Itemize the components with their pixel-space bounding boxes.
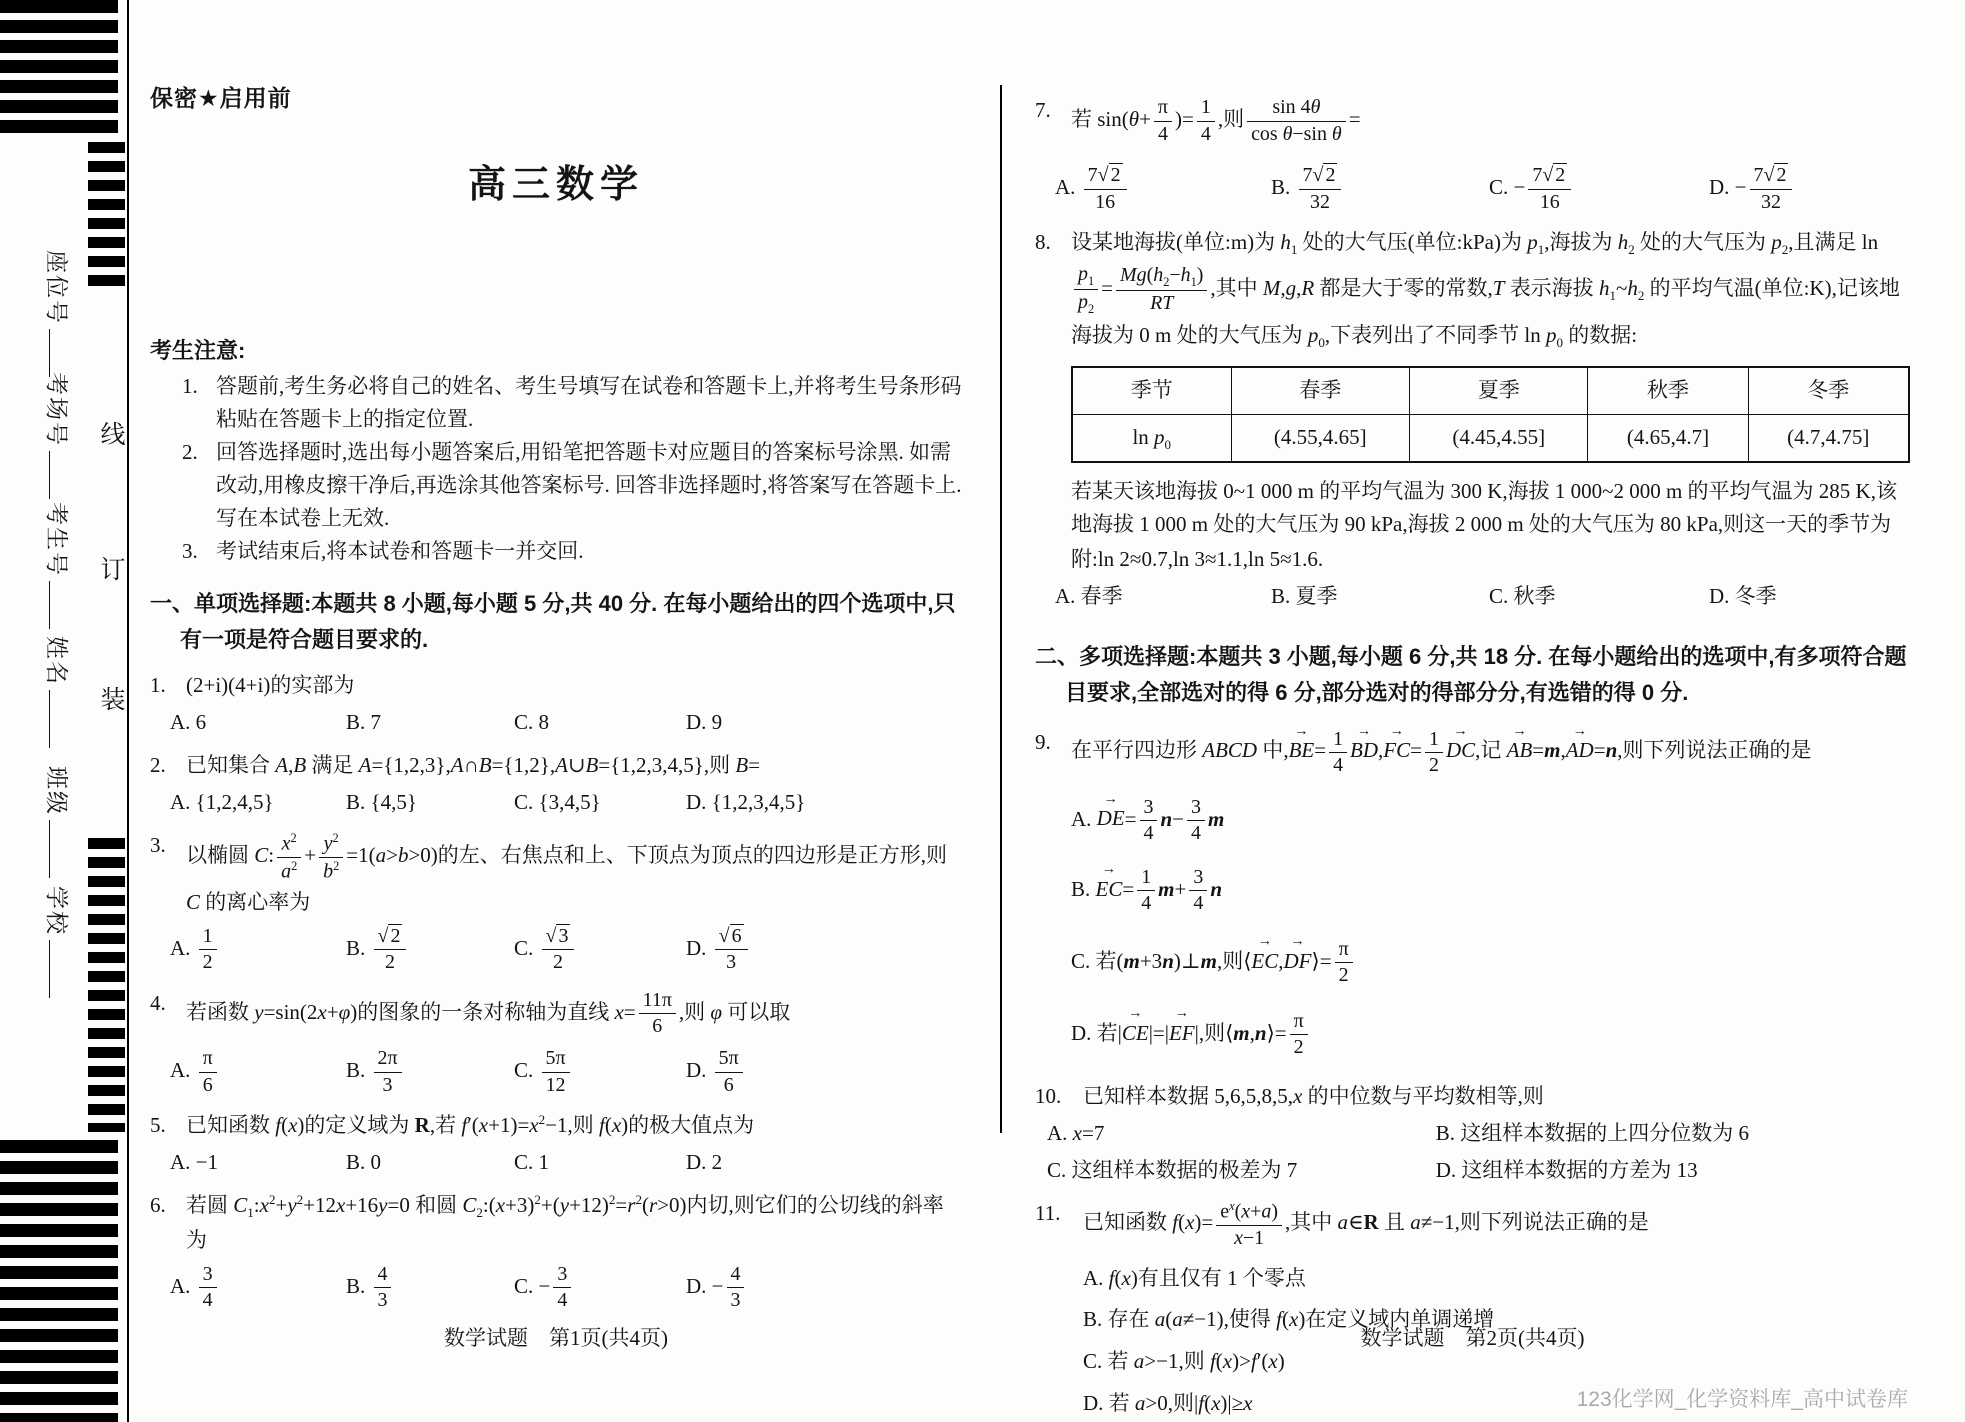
options-row: A. 7√216 B. 7√232 C. −7√216 D. −7√232 [1055,162,1910,216]
seal-field-exam-room: 考场号 [38,372,74,499]
option-b: B. 2π3 [346,1045,514,1099]
notice-list: 1. 答题前,考生务必将自己的姓名、考生号填写在试卷和答题卡上,并将考生号条形码… [150,370,962,568]
option-a: A. π6 [170,1045,346,1099]
question-3: 3. 以椭圆 C:x2a2+y2b2=1(a>b>0)的左、右焦点和上、下顶点为… [150,829,962,977]
option-b: B. 7√232 [1271,162,1489,216]
options-row: A. 34 B. 43 C. −34 D. −43 [170,1261,962,1315]
question-continuation: 若某天该地海拔 0~1 000 m 的平均气温为 300 K,海拔 1 000~… [1071,475,1910,541]
notice-heading: 考生注意: [150,334,962,369]
question-stem: 已知函数 f(x)的定义域为 R,若 f′(x+1)=x2−1,则 f(x)的极… [186,1113,754,1137]
question-stem: 设某地海拔(单位:m)为 h1 处的大气压(单位:kPa)为 p1,海拔为 h2… [1071,230,1900,347]
table-cell: (4.55,4.65] [1231,414,1409,462]
option-c: C. 秋季 [1489,580,1709,613]
question-number: 11. [1035,1197,1060,1230]
option-c: C. 8 [514,706,686,739]
table-header-cell: 春季 [1231,367,1409,415]
question-stem: 以椭圆 C:x2a2+y2b2=1(a>b>0)的左、右焦点和上、下顶点为顶点的… [186,843,947,914]
option-b: B. 这组样本数据的上四分位数为 6 [1436,1117,1910,1150]
question-number: 6. [150,1189,166,1222]
question-1: 1. (2+i)(4+i)的实部为 A. 6 B. 7 C. 8 D. 9 [150,669,962,739]
question-stem: (2+i)(4+i)的实部为 [186,673,354,697]
option-b: B. 0 [346,1146,514,1179]
question-7: 7. 若 sin(θ+π4)=14,则sin 4θcos θ−sin θ= A.… [1035,94,1910,216]
page-footer-right: 数学试题 第2页(共4页) [1035,1322,1910,1355]
binding-char-bind: 装 [99,681,127,720]
fill-in-blank-line [49,329,73,377]
notice-item-number: 1. [182,370,198,403]
watermark: 123化学网_化学资料库_高中试卷库 [1577,1384,1908,1417]
notice-item-text: 回答选择题时,选出每小题答案后,用铅笔把答题卡对应题目的答案标号涂黑. 如需改动… [216,440,962,530]
option-b: B. 43 [346,1261,514,1315]
question-6: 6. 若圆 C1:x2+y2+12x+16y=0 和圆 C2:(x+3)2+(y… [150,1189,962,1315]
options-row: A. 12 B. √22 C. √32 D. √63 [170,923,962,977]
fill-in-blank-line [49,581,73,629]
option-d: D. 5π6 [686,1045,962,1099]
pressure-table: 季节 春季 夏季 秋季 冬季 ln p0 (4.55,4.65] (4.45,4… [1071,366,1910,464]
seal-vertical-rule [127,0,129,1422]
option-c: C. 5π12 [514,1045,686,1099]
question-number: 2. [150,749,166,782]
classification-label: 保密★启用前 [150,80,962,116]
section-2-heading: 二、多项选择题:本题共 3 小题,每小题 6 分,共 18 分. 在每小题给出的… [1035,639,1910,712]
notice-item: 1. 答题前,考生务必将自己的姓名、考生号填写在试卷和答题卡上,并将考生号条形码… [182,370,962,436]
option-a: A. 34 [170,1261,346,1315]
question-10: 10. 已知样本数据 5,6,5,8,5,x 的中位数与平均数相等,则 A. x… [1035,1080,1910,1187]
question-stem: 已知函数 f(x)=ex(x+a)x−1,其中 a∈R 且 a≠−1,则下列说法… [1083,1210,1649,1234]
barcode-strip-middle [88,838,125,1132]
seal-field-label: 座位号 [44,250,69,325]
option-a: A. 12 [170,923,346,977]
option-c: C. 这组样本数据的极差为 7 [1047,1154,1436,1187]
options-grid: A. x=7 B. 这组样本数据的上四分位数为 6 C. 这组样本数据的极差为 … [1047,1117,1910,1187]
question-number: 7. [1035,94,1051,127]
options-row: A. π6 B. 2π3 C. 5π12 D. 5π6 [170,1045,962,1099]
question-stem: 在平行四边形 ABCD 中,→BE=14→BD,→FC=12→DC,记 →AB=… [1071,738,1812,762]
option-b: B. {4,5} [346,786,514,819]
question-stem: 已知样本数据 5,6,5,8,5,x 的中位数与平均数相等,则 [1083,1084,1544,1108]
seal-field-name: 姓名 [38,636,74,748]
option-d: D. 这组样本数据的方差为 13 [1436,1154,1910,1187]
table-header-row: 季节 春季 夏季 秋季 冬季 [1072,367,1909,415]
column-divider [1000,85,1002,1133]
question-8: 8. 设某地海拔(单位:m)为 h1 处的大气压(单位:kPa)为 p1,海拔为… [1035,226,1910,613]
option-d: D. 若|→CE|=|→EF|,则⟨m,n⟩=π2 [1071,1008,1910,1062]
section-1-heading: 一、单项选择题:本题共 8 小题,每小题 5 分,共 40 分. 在每小题给出的… [150,586,962,659]
options-row: A. {1,2,4,5} B. {4,5} C. {3,4,5} D. {1,2… [170,786,962,819]
seal-field-school: 学校 [38,886,74,998]
binding-char-line: 线 [99,416,127,455]
option-a: A. f(x)有且仅有 1 个零点 [1083,1262,1910,1295]
option-b: B. →EC=14m+34n [1071,864,1910,918]
option-d: D. √63 [686,923,962,977]
seal-field-label: 学校 [44,886,69,936]
option-c: C. 1 [514,1146,686,1179]
option-a: A. 7√216 [1055,162,1271,216]
question-2: 2. 已知集合 A,B 满足 A={1,2,3},A∩B={1,2},A∪B={… [150,749,962,819]
seal-field-label: 姓名 [44,636,69,686]
page-2-column: 7. 若 sin(θ+π4)=14,则sin 4θcos θ−sin θ= A.… [1035,80,1910,1422]
barcode-block-top [0,0,118,138]
option-b: B. 夏季 [1271,580,1489,613]
notice-item: 2. 回答选择题时,选出每小题答案后,用铅笔把答题卡对应题目的答案标号涂黑. 如… [182,436,962,535]
question-stem: 已知集合 A,B 满足 A={1,2,3},A∩B={1,2},A∪B={1,2… [186,753,760,777]
table-header-cell: 冬季 [1748,367,1909,415]
option-a: A. 春季 [1055,580,1271,613]
options-list: A. →DE=34n−34m B. →EC=14m+34n C. 若(m+3n)… [1071,794,1910,1062]
question-number: 5. [150,1109,166,1142]
question-number: 3. [150,829,166,862]
question-number: 10. [1035,1080,1061,1113]
notice-item-text: 考试结束后,将本试卷和答题卡一并交回. [216,539,584,563]
table-header-cell: 季节 [1072,367,1231,415]
notice-item: 3. 考试结束后,将本试卷和答题卡一并交回. [182,535,962,568]
seal-field-candidate-number: 考生号 [38,502,74,629]
table-header-cell: 夏季 [1410,367,1588,415]
page-footer-left: 数学试题 第1页(共4页) [150,1322,962,1355]
seal-field-class: 班级 [38,766,74,878]
options-row: A. 春季 B. 夏季 C. 秋季 D. 冬季 [1055,580,1910,613]
paper-title: 高三数学 [150,156,962,216]
option-d: D. 冬季 [1709,580,1910,613]
options-row: A. −1 B. 0 C. 1 D. 2 [170,1146,962,1179]
table-cell: (4.45,4.55] [1410,414,1588,462]
notice-item-number: 2. [182,436,198,469]
table-row-label: ln p0 [1072,414,1231,462]
question-stem: 若函数 y=sin(2x+φ)的图象的一条对称轴为直线 x=11π6,则 φ 可… [186,1000,790,1024]
option-d: D. {1,2,3,4,5} [686,786,962,819]
option-d: D. 9 [686,706,962,739]
option-a: A. x=7 [1047,1117,1436,1150]
option-a: A. 6 [170,706,346,739]
question-number: 8. [1035,226,1051,259]
question-9: 9. 在平行四边形 ABCD 中,→BE=14→BD,→FC=12→DC,记 →… [1035,726,1910,1062]
option-d: D. 2 [686,1146,962,1179]
barcode-block-bottom [0,1140,118,1422]
table-cell: (4.7,4.75] [1748,414,1909,462]
question-5: 5. 已知函数 f(x)的定义域为 R,若 f′(x+1)=x2−1,则 f(x… [150,1109,962,1179]
question-note: 附:ln 2≈0.7,ln 3≈1.1,ln 5≈1.6. [1071,543,1910,576]
option-c: C. {3,4,5} [514,786,686,819]
barcode-strip-upper [88,142,125,290]
option-c: C. −34 [514,1261,686,1315]
option-b: B. 7 [346,706,514,739]
seal-field-label: 考生号 [44,502,69,577]
option-c: C. √32 [514,923,686,977]
option-a: A. −1 [170,1146,346,1179]
notice-item-number: 3. [182,535,198,568]
fill-in-blank-line [49,820,73,878]
option-b: B. √22 [346,923,514,977]
fill-in-blank-line [49,940,73,998]
option-c: C. −7√216 [1489,162,1709,216]
fill-in-blank-line [49,451,73,499]
option-a: A. →DE=34n−34m [1071,794,1910,848]
fill-in-blank-line [49,690,73,748]
question-number: 4. [150,987,166,1020]
seal-field-label: 考场号 [44,372,69,447]
question-number: 9. [1035,726,1051,759]
notice-item-text: 答题前,考生务必将自己的姓名、考生号填写在试卷和答题卡上,并将考生号条形码粘贴在… [216,374,962,431]
option-c: C. 若(m+3n)⊥m,则⟨→EC,→DF⟩=π2 [1071,936,1910,990]
option-d: D. −7√232 [1709,162,1910,216]
table-data-row: ln p0 (4.55,4.65] (4.45,4.55] (4.65,4.7]… [1072,414,1909,462]
page-1-column: 保密★启用前 高三数学 考生注意: 1. 答题前,考生务必将自己的姓名、考生号填… [150,80,962,1325]
binding-char-staple: 订 [99,551,127,590]
question-number: 1. [150,669,166,702]
table-cell: (4.65,4.7] [1588,414,1748,462]
table-header-cell: 秋季 [1588,367,1748,415]
option-a: A. {1,2,4,5} [170,786,346,819]
options-row: A. 6 B. 7 C. 8 D. 9 [170,706,962,739]
option-d: D. −43 [686,1261,962,1315]
question-stem: 若 sin(θ+π4)=14,则sin 4θcos θ−sin θ= [1071,107,1361,131]
question-4: 4. 若函数 y=sin(2x+φ)的图象的一条对称轴为直线 x=11π6,则 … [150,987,962,1099]
seal-field-seat-number: 座位号 [38,250,74,377]
seal-field-label: 班级 [44,766,69,816]
question-stem: 若圆 C1:x2+y2+12x+16y=0 和圆 C2:(x+3)2+(y+12… [186,1193,944,1252]
